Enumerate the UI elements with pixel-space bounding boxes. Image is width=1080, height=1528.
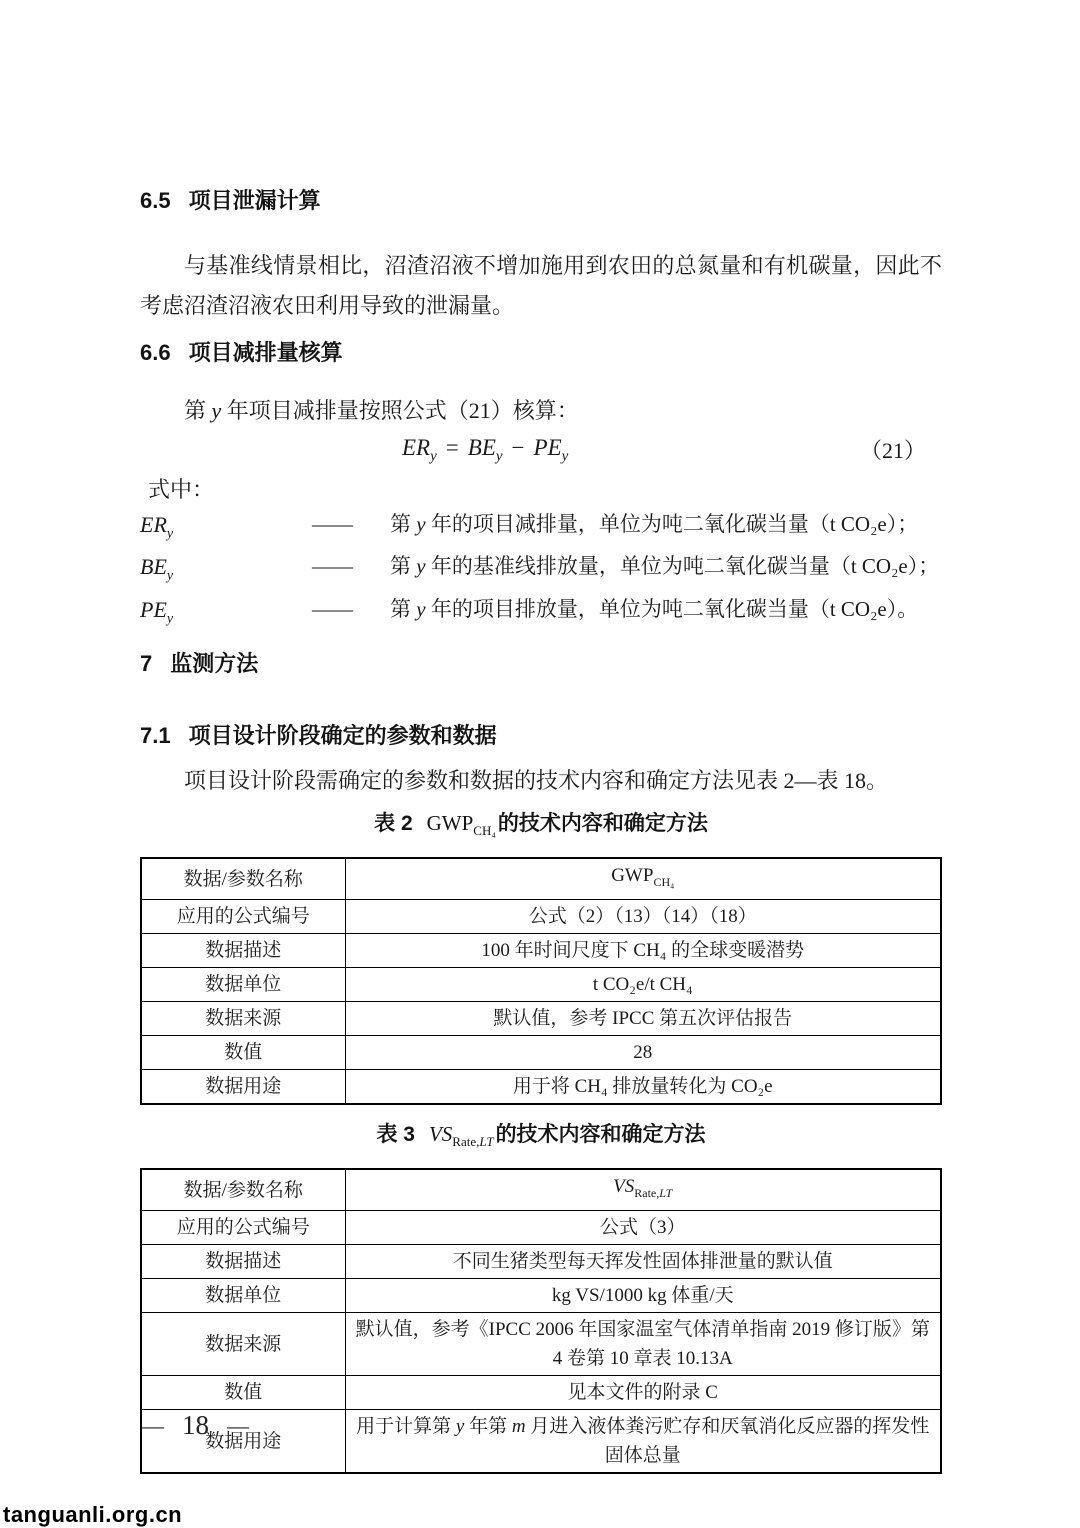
table-row: 数据单位 t CO₂e/t CH₄ <box>141 968 941 1002</box>
lead-text: 第 <box>184 398 212 423</box>
formula-subscript: y <box>430 449 437 465</box>
definition-bey: BEy —— 第 y 年的基准线排放量，单位为吨二氧化碳当量（t CO₂e）； <box>140 550 942 592</box>
table-label: 表 3 <box>376 1123 415 1146</box>
row-value-cell: 28 <box>345 1036 941 1070</box>
row-value-cell: 默认值，参考 IPCC 第五次评估报告 <box>345 1002 941 1036</box>
parameter-symbol: VS <box>429 1122 452 1146</box>
formula-lead: 第 y 年项目减排量按照公式（21）核算： <box>140 396 942 426</box>
def-symbol: ERy <box>140 508 312 550</box>
section-number: 6.6 <box>140 340 171 365</box>
def-description: 第 y 年的项目减排量，单位为吨二氧化碳当量（t CO₂e）； <box>390 508 942 550</box>
lead-text: 年项目减排量按照公式（21）核算： <box>221 398 579 423</box>
parameter-subscript: CH₄ <box>473 823 496 838</box>
table-row: 数据用途 用于计算第 y 年第 m 月进入液体粪污贮存和厌氧消化反应器的挥发性固… <box>141 1410 941 1474</box>
variable-y: y <box>416 554 425 578</box>
paragraph-6-5: 与基准线情景相比，沼渣沼液不增加施用到农田的总氮量和有机碳量，因此不考虑沼渣沼液… <box>140 246 942 326</box>
row-label-cell: 数据描述 <box>141 934 345 968</box>
table-gwp-ch4: 数据/参数名称 GWPCH₄ 应用的公式编号 公式（2）（13）（14）（18）… <box>140 857 942 1105</box>
row-value-cell: 用于将 CH₄ 排放量转化为 CO₂e <box>345 1070 941 1105</box>
table-row: 数据/参数名称 GWPCH₄ <box>141 858 941 899</box>
table-label: 表 2 <box>374 812 413 835</box>
def-dash: —— <box>312 593 390 635</box>
variable-m: m <box>512 1416 526 1437</box>
row-value-cell: 公式（2）（13）（14）（18） <box>345 900 941 934</box>
table-row: 数据描述 100 年时间尺度下 CH₄ 的全球变暖潜势 <box>141 934 941 968</box>
table2-caption: 表 2GWPCH₄的技术内容和确定方法 <box>140 810 942 844</box>
page-footer: — 18 — <box>142 1410 249 1441</box>
row-value-cell: 用于计算第 y 年第 m 月进入液体粪污贮存和厌氧消化反应器的挥发性固体总量 <box>345 1410 941 1474</box>
formula-term: BE <box>468 435 496 460</box>
section-7-1-heading: 7.1项目设计阶段确定的参数和数据 <box>140 723 942 749</box>
table-row: 数据来源 默认值，参考《IPCC 2006 年国家温室气体清单指南 2019 修… <box>141 1313 941 1376</box>
variable-y: y <box>416 512 425 536</box>
row-label-cell: 数据单位 <box>141 1279 345 1313</box>
paragraph-7-1: 项目设计阶段需确定的参数和数据的技术内容和确定方法见表 2—表 18。 <box>140 767 942 795</box>
row-label-cell: 应用的公式编号 <box>141 1211 345 1245</box>
table3-caption: 表 3VSRate,LT的技术内容和确定方法 <box>140 1121 942 1155</box>
formula-number: （21） <box>860 434 926 465</box>
def-dash: —— <box>312 508 390 550</box>
table-vs-rate-lt: 数据/参数名称 VSRate,LT 应用的公式编号 公式（3） 数据描述 不同生… <box>140 1168 942 1474</box>
row-value-cell: 见本文件的附录 C <box>345 1376 941 1410</box>
row-label-cell: 应用的公式编号 <box>141 900 345 934</box>
section-number: 6.5 <box>140 188 171 213</box>
row-value-cell: 不同生猪类型每天挥发性固体排泄量的默认值 <box>345 1245 941 1279</box>
page-content: 6.5项目泄漏计算 与基准线情景相比，沼渣沼液不增加施用到农田的总氮量和有机碳量… <box>140 0 942 1474</box>
row-value-cell: 100 年时间尺度下 CH₄ 的全球变暖潜势 <box>345 934 941 968</box>
section-6-6-heading: 6.6项目减排量核算 <box>140 340 942 366</box>
section-number: 7 <box>140 651 152 676</box>
row-value-cell: kg VS/1000 kg 体重/天 <box>345 1279 941 1313</box>
row-label-cell: 数据来源 <box>141 1313 345 1376</box>
def-description: 第 y 年的基准线排放量，单位为吨二氧化碳当量（t CO₂e）； <box>390 550 942 592</box>
table-row: 应用的公式编号 公式（2）（13）（14）（18） <box>141 900 941 934</box>
page-number: 18 <box>182 1410 209 1441</box>
row-label-cell: 数据用途 <box>141 1070 345 1105</box>
section-title: 项目泄漏计算 <box>189 188 321 213</box>
def-symbol: BEy <box>140 550 312 592</box>
section-title: 监测方法 <box>170 651 258 676</box>
row-label-cell: 数值 <box>141 1036 345 1070</box>
row-value-cell: 公式（3） <box>345 1211 941 1245</box>
definition-pey: PEy —— 第 y 年的项目排放量，单位为吨二氧化碳当量（t CO₂e）。 <box>140 593 942 635</box>
caption-text: 的技术内容和确定方法 <box>496 1123 706 1146</box>
table-row: 数据/参数名称 VSRate,LT <box>141 1169 941 1210</box>
definition-ery: ERy —— 第 y 年的项目减排量，单位为吨二氧化碳当量（t CO₂e）； <box>140 508 942 550</box>
caption-text: 的技术内容和确定方法 <box>498 812 708 835</box>
footer-dash-left: — <box>142 1413 164 1439</box>
table-row: 数据描述 不同生猪类型每天挥发性固体排泄量的默认值 <box>141 1245 941 1279</box>
table-row: 数据来源 默认值，参考 IPCC 第五次评估报告 <box>141 1002 941 1036</box>
parameter-subscript: Rate,LT <box>452 1134 493 1149</box>
where-label: 式中： <box>148 476 942 504</box>
formula-expression: ERy=BEy−PEy <box>402 432 568 473</box>
row-value-cell: GWPCH₄ <box>345 858 941 899</box>
formula-term: PE <box>534 435 562 460</box>
variable-y: y <box>416 597 425 621</box>
variable-y: y <box>212 398 222 423</box>
row-label-cell: 数值 <box>141 1376 345 1410</box>
section-number: 7.1 <box>140 723 171 748</box>
watermark: tanguanli.org.cn <box>3 1502 182 1528</box>
formula-21: ERy=BEy−PEy （21） <box>140 432 942 466</box>
def-symbol: PEy <box>140 593 312 635</box>
section-title: 项目减排量核算 <box>189 340 343 365</box>
row-value-cell: t CO₂e/t CH₄ <box>345 968 941 1002</box>
row-value-cell: VSRate,LT <box>345 1169 941 1210</box>
formula-term: ER <box>402 435 430 460</box>
symbol-definitions: ERy —— 第 y 年的项目减排量，单位为吨二氧化碳当量（t CO₂e）； B… <box>140 508 942 635</box>
section-title: 项目设计阶段确定的参数和数据 <box>189 723 497 748</box>
row-label-cell: 数据描述 <box>141 1245 345 1279</box>
section-6-5-heading: 6.5项目泄漏计算 <box>140 188 942 214</box>
table-row: 数值 28 <box>141 1036 941 1070</box>
row-label-cell: 数据来源 <box>141 1002 345 1036</box>
equals-sign: = <box>437 435 468 460</box>
row-label-cell: 数据/参数名称 <box>141 858 345 899</box>
row-value-cell: 默认值，参考《IPCC 2006 年国家温室气体清单指南 2019 修订版》第 … <box>345 1313 941 1376</box>
parameter-symbol: GWP <box>427 811 474 835</box>
formula-subscript: y <box>496 449 503 465</box>
table-row: 应用的公式编号 公式（3） <box>141 1211 941 1245</box>
document-page: 6.5项目泄漏计算 与基准线情景相比，沼渣沼液不增加施用到农田的总氮量和有机碳量… <box>0 0 1080 1528</box>
section-7-heading: 7监测方法 <box>140 651 942 677</box>
row-label-cell: 数据单位 <box>141 968 345 1002</box>
footer-dash-right: — <box>227 1413 249 1439</box>
minus-sign: − <box>503 435 534 460</box>
def-description: 第 y 年的项目排放量，单位为吨二氧化碳当量（t CO₂e）。 <box>390 593 942 635</box>
table-row: 数据用途 用于将 CH₄ 排放量转化为 CO₂e <box>141 1070 941 1105</box>
table-row: 数据单位 kg VS/1000 kg 体重/天 <box>141 1279 941 1313</box>
table-row: 数值 见本文件的附录 C <box>141 1376 941 1410</box>
formula-subscript: y <box>562 449 569 465</box>
def-dash: —— <box>312 550 390 592</box>
row-label-cell: 数据/参数名称 <box>141 1169 345 1210</box>
